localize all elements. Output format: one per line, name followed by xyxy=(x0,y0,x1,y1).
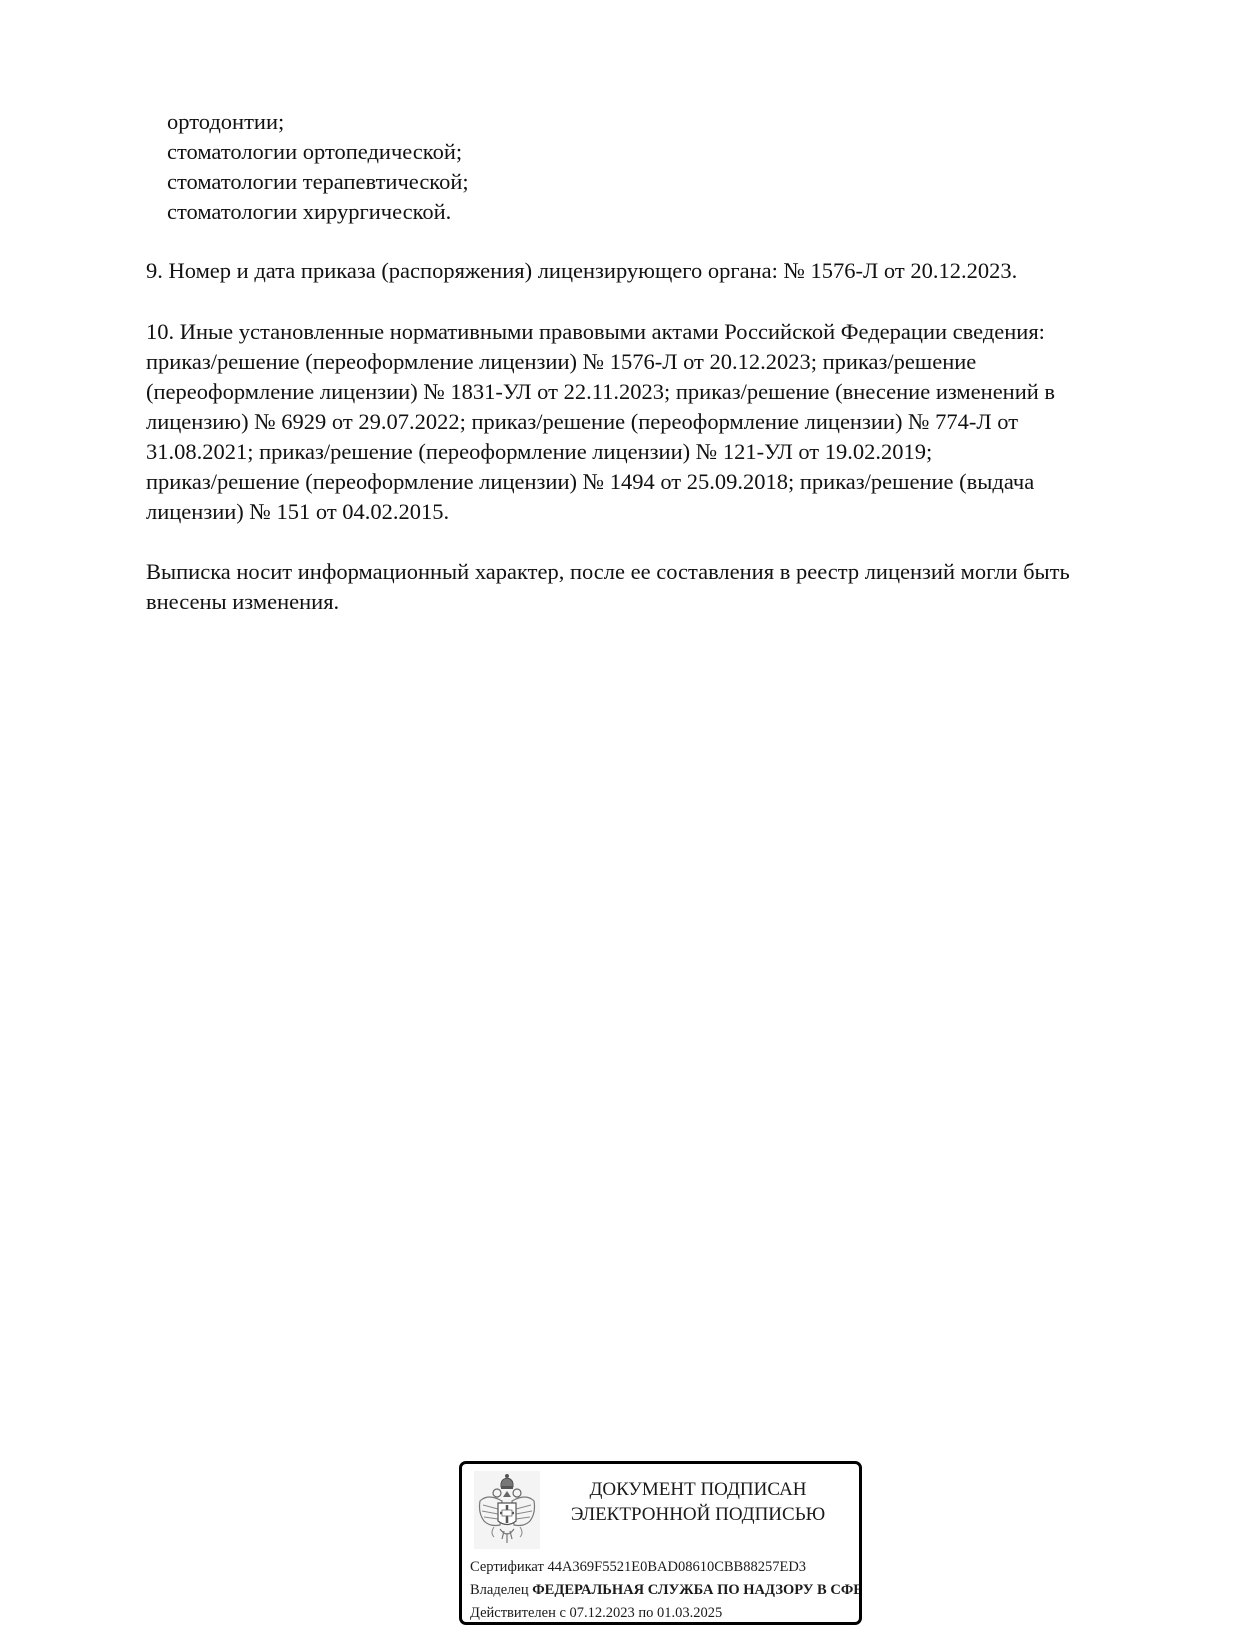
paragraph-line: Выписка носит информационный характер, п… xyxy=(146,557,1176,587)
stamp-title-line1: ДОКУМЕНТ ПОДПИСАН xyxy=(548,1477,848,1502)
paragraph-line: приказ/решение (переоформление лицензии)… xyxy=(146,467,1176,497)
validity-value: с 07.12.2023 по 01.03.2025 xyxy=(559,1605,722,1621)
certificate-row: Сертификат 44A369F5521E0BAD08610CBB88257… xyxy=(470,1556,862,1579)
paragraph-line: внесены изменения. xyxy=(146,587,1176,617)
paragraph-line: 31.08.2021; приказ/решение (переоформлен… xyxy=(146,437,1176,467)
paragraph-line: 10. Иные установленные нормативными прав… xyxy=(146,317,1176,347)
stamp-details: Сертификат 44A369F5521E0BAD08610CBB88257… xyxy=(470,1556,862,1625)
electronic-signature-stamp: ДОКУМЕНТ ПОДПИСАН ЭЛЕКТРОННОЙ ПОДПИСЬЮ С… xyxy=(459,1461,862,1625)
coat-of-arms-icon xyxy=(474,1471,540,1549)
stamp-title: ДОКУМЕНТ ПОДПИСАН ЭЛЕКТРОННОЙ ПОДПИСЬЮ xyxy=(548,1477,848,1527)
certificate-value: 44A369F5521E0BAD08610CBB88257ED3 xyxy=(547,1559,806,1575)
item-10-other-info: 10. Иные установленные нормативными прав… xyxy=(146,317,1176,527)
item-9-order-number: 9. Номер и дата приказа (распоряжения) л… xyxy=(146,256,1176,286)
list-item: стоматологии хирургической. xyxy=(146,197,1176,227)
certificate-label: Сертификат xyxy=(470,1559,544,1575)
paragraph-line: лицензии) № 151 от 04.02.2015. xyxy=(146,497,1176,527)
item-9-text: 9. Номер и дата приказа (распоряжения) л… xyxy=(146,256,1176,286)
owner-row: Владелец ФЕДЕРАЛЬНАЯ СЛУЖБА ПО НАДЗОРУ В… xyxy=(470,1579,862,1602)
paragraph-line: (переоформление лицензии) № 1831-УЛ от 2… xyxy=(146,377,1176,407)
specialties-list: ортодонтии; стоматологии ортопедической;… xyxy=(146,107,1176,227)
paragraph-line: приказ/решение (переоформление лицензии)… xyxy=(146,347,1176,377)
validity-row: Действителен с 07.12.2023 по 01.03.2025 xyxy=(470,1602,862,1625)
list-item: стоматологии терапевтической; xyxy=(146,167,1176,197)
list-item: ортодонтии; xyxy=(146,107,1176,137)
owner-label: Владелец xyxy=(470,1582,529,1598)
disclaimer-note: Выписка носит информационный характер, п… xyxy=(146,557,1176,617)
owner-value: ФЕДЕРАЛЬНАЯ СЛУЖБА ПО НАДЗОРУ В СФЕРЕ ЗД… xyxy=(532,1582,862,1598)
paragraph-line: лицензию) № 6929 от 29.07.2022; приказ/р… xyxy=(146,407,1176,437)
validity-label: Действителен xyxy=(470,1605,556,1621)
stamp-title-line2: ЭЛЕКТРОННОЙ ПОДПИСЬЮ xyxy=(548,1502,848,1527)
document-page: ортодонтии; стоматологии ортопедической;… xyxy=(0,0,1240,1650)
list-item: стоматологии ортопедической; xyxy=(146,137,1176,167)
